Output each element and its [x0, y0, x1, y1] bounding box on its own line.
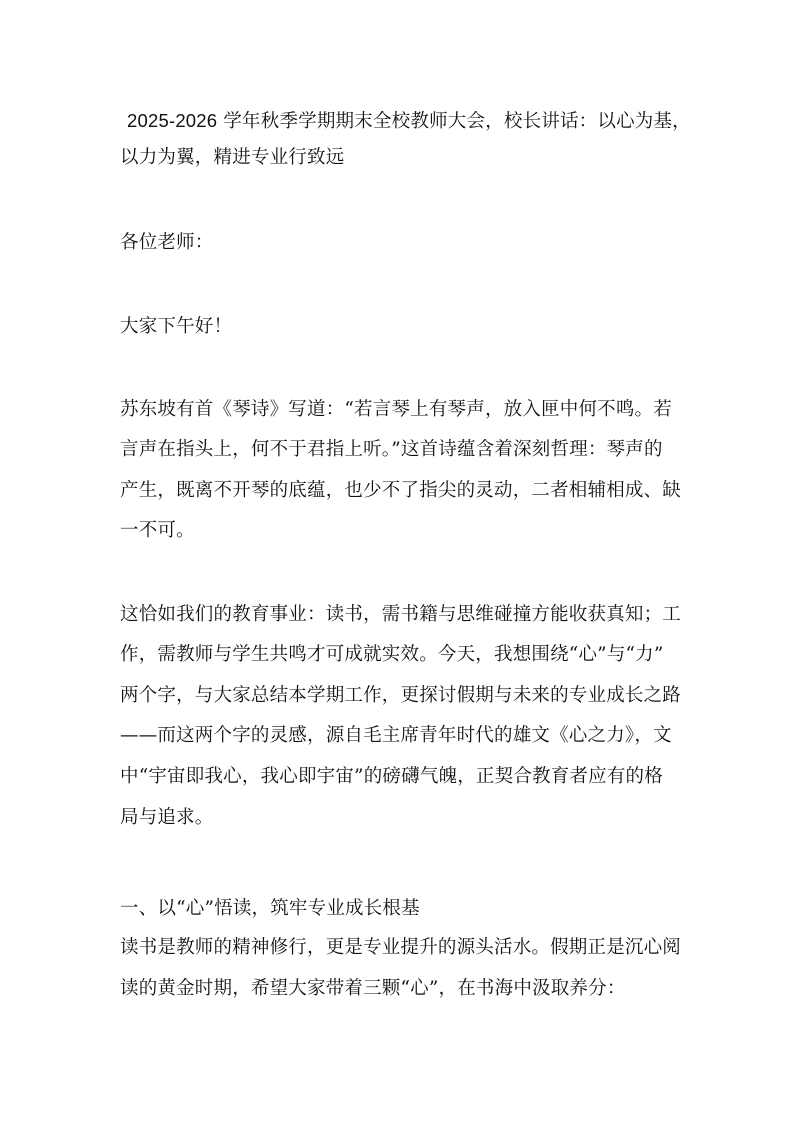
paragraph-2-line-3: 两个字，与大家总结本学期工作，更探讨假期与未来的专业成长之路	[120, 684, 681, 708]
paragraph-2-line-2: 作，需教师与学生共鸣才可成就实效。今天，我想围绕“心”与“力”	[120, 643, 664, 667]
title-line-1: 2025-2026 学年秋季学期期末全校教师大会，校长讲话：以心为基，	[127, 109, 691, 134]
title-line-2: 以力为翼，精进专业行致远	[120, 146, 344, 170]
section-1-body-line-1: 读书是教师的精神修行，更是专业提升的源头活水。假期正是沉心阅	[120, 936, 681, 960]
section-1-heading: 一、以“心”悟读，筑牢专业成长根基	[120, 897, 420, 921]
section-1-body-line-2: 读的黄金时期，希望大家带着三颗“心”，在书海中汲取养分：	[120, 977, 626, 1001]
paragraph-1-line-3: 产生，既离不开琴的底蕴，也少不了指尖的灵动，二者相辅相成、缺	[120, 479, 681, 503]
paragraph-1-line-1: 苏东坡有首《琴诗》写道：“若言琴上有琴声，放入匣中何不鸣。若	[120, 398, 672, 422]
paragraph-2-line-4: ——而这两个字的灵感，源自毛主席青年时代的雄文《心之力》，文	[120, 724, 672, 748]
paragraph-1-line-4: 一不可。	[120, 519, 195, 543]
greeting: 大家下午好！	[120, 315, 232, 339]
title-year-range: 2025-2026	[127, 110, 217, 131]
paragraph-2-line-5: 中“宇宙即我心，我心即宇宙”的磅礴气魄，正契合教育者应有的格	[120, 765, 663, 789]
title-text: 学年秋季学期期末全校教师大会，校长讲话：以心为基，	[217, 111, 691, 132]
paragraph-2-line-1: 这恰如我们的教育事业：读书，需书籍与思维碰撞方能收获真知；工	[120, 603, 681, 627]
paragraph-1-line-2: 言声在指头上，何不于君指上听。”这首诗蕴含着深刻哲理：琴声的	[120, 438, 663, 462]
salutation: 各位老师：	[120, 231, 214, 255]
paragraph-2-line-6: 局与追求。	[120, 806, 214, 830]
document-page: 2025-2026 学年秋季学期期末全校教师大会，校长讲话：以心为基， 以力为翼…	[0, 0, 793, 1122]
